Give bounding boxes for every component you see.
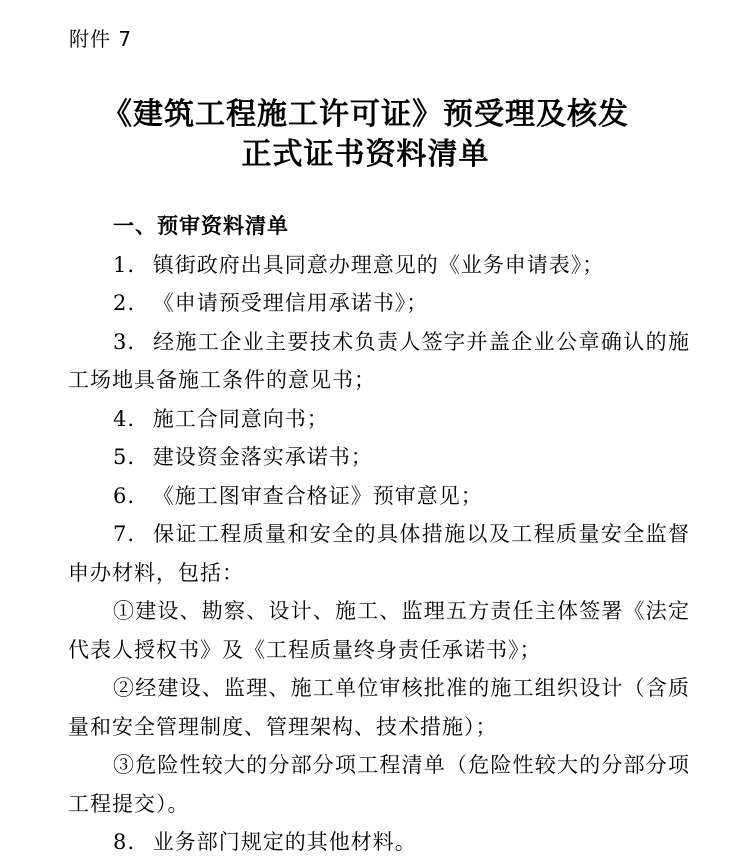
list-item-8: 8. 业务部门规定的其他材料。 [68, 823, 690, 859]
document-title: 《建筑工程施工许可证》预受理及核发 正式证书资料清单 [0, 95, 731, 175]
list-item-2: 2. 《申请预受理信用承诺书》； [68, 284, 690, 323]
list-item-1: 1. 镇街政府出具同意办理意见的《业务申请表》； [68, 246, 690, 285]
list-item-7: 7. 保证工程质量和安全的具体措施以及工程质量安全监督申办材料，包括： [68, 515, 690, 592]
title-line-2: 正式证书资料清单 [0, 135, 731, 175]
attachment-label: 附件 7 [69, 26, 690, 52]
document-page: 附件 7 《建筑工程施工许可证》预受理及核发 正式证书资料清单 一、预审资料清单… [0, 0, 731, 859]
list-item-5: 5. 建设资金落实承诺书； [68, 438, 690, 477]
section-heading: 一、预审资料清单 [68, 207, 690, 246]
document-body: 一、预审资料清单 1. 镇街政府出具同意办理意见的《业务申请表》； 2. 《申请… [68, 207, 690, 859]
sub-item-1: ①建设、勘察、设计、施工、监理五方责任主体签署《法定代表人授权书》及《工程质量终… [68, 592, 690, 669]
list-item-6: 6. 《施工图审查合格证》预审意见； [68, 477, 690, 516]
list-item-4: 4. 施工合同意向书； [68, 400, 690, 439]
sub-item-3: ③危险性较大的分部分项工程清单（危险性较大的分部分项工程提交）。 [68, 746, 690, 823]
sub-item-2: ②经建设、监理、施工单位审核批准的施工组织设计（含质量和安全管理制度、管理架构、… [68, 669, 690, 746]
list-item-3: 3. 经施工企业主要技术负责人签字并盖企业公章确认的施工场地具备施工条件的意见书… [68, 323, 690, 400]
title-line-1: 《建筑工程施工许可证》预受理及核发 [0, 95, 731, 135]
